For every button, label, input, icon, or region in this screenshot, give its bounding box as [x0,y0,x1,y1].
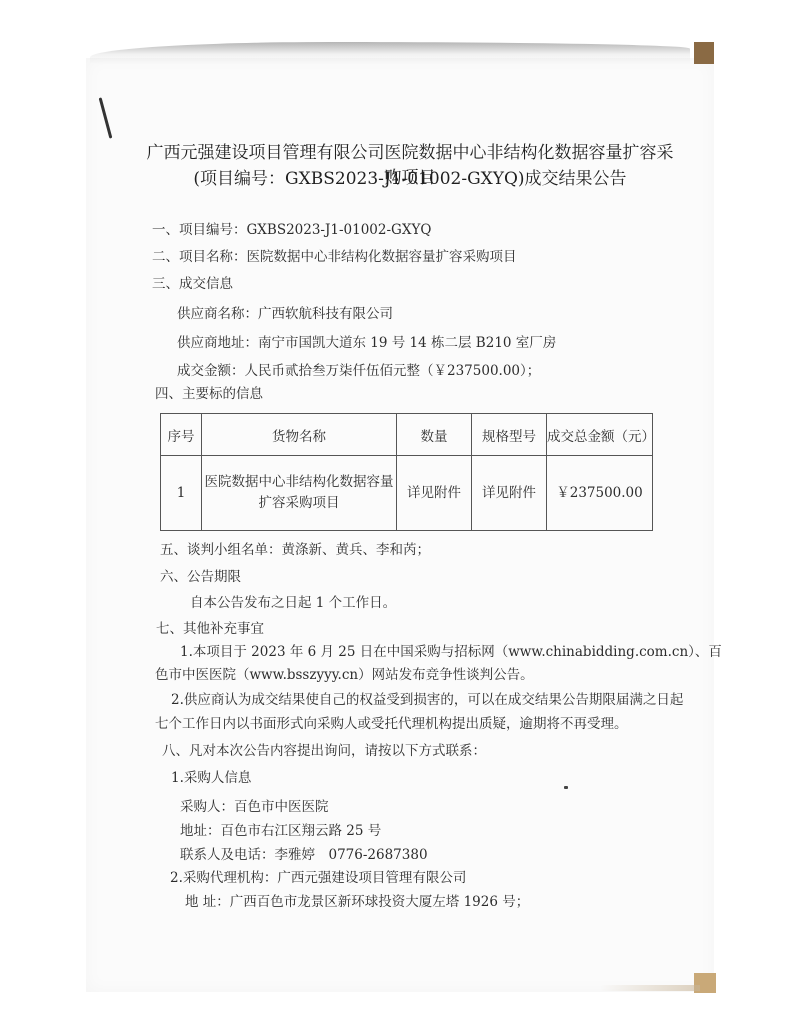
cell-name-line1: 医院数据中心非结构化数据容量 [202,472,396,493]
col-header-quantity: 数量 [397,414,472,456]
section-contact-heading: 八、凡对本次公告内容提出询问，请按以下方式联系： [162,739,486,759]
agency-name: 2.采购代理机构：广西元强建设项目管理有限公司 [170,866,466,886]
section-project-name: 二、项目名称：医院数据中心非结构化数据容量扩容采购项目 [152,245,517,265]
col-header-name: 货物名称 [202,414,397,456]
notice-period-text: 自本公告发布之日起 1 个工作日。 [190,591,396,611]
col-header-index: 序号 [161,414,202,456]
col-header-amount: 成交总金额（元） [547,414,653,456]
purchaser-name: 采购人：百色市中医医院 [180,795,329,815]
section-negotiation-panel: 五、谈判小组名单：黄涤新、黄兵、李和芮； [160,538,430,558]
purchaser-address: 地址：百色市右江区翔云路 25 号 [180,819,381,839]
col-header-spec: 规格型号 [472,414,547,456]
agency-address: 地 址：广西百色市龙景区新环球投资大厦左塔 1926 号； [185,890,529,910]
cell-spec: 详见附件 [472,456,547,531]
page-bottom-edge [600,985,700,991]
page-curl-shadow [90,42,690,64]
cell-index: 1 [161,456,202,531]
cell-quantity: 详见附件 [397,456,472,531]
purchaser-info-heading: 1.采购人信息 [171,766,251,786]
supplier-address: 供应商地址：南宁市国凯大道东 19 号 14 栋二层 B210 室厂房 [177,331,556,351]
goods-table: 序号 货物名称 数量 规格型号 成交总金额（元） 1 医院数据中心非结构化数据容… [160,413,653,531]
supplier-name: 供应商名称：广西软航科技有限公司 [177,302,393,322]
section-main-items-heading: 四、主要标的信息 [155,382,263,402]
table-row: 1 医院数据中心非结构化数据容量 扩容采购项目 详见附件 详见附件 ￥23750… [161,456,653,531]
section-project-number: 一、项目编号：GXBS2023-J1-01002-GXYQ [152,218,431,238]
deal-amount: 成交金额：人民币贰拾叁万柒仟伍佰元整（￥237500.00）； [177,359,540,379]
binder-clip-top [694,42,714,64]
cell-name-line2: 扩容采购项目 [202,493,396,514]
cell-name: 医院数据中心非结构化数据容量 扩容采购项目 [202,456,397,531]
cell-amount: ￥237500.00 [547,456,653,531]
doc-title-line2: (项目编号：GXBS2023-J1-01002-GXYQ)成交结果公告 [140,164,680,189]
ink-dot [564,786,568,789]
table-header-row: 序号 货物名称 数量 规格型号 成交总金额（元） [161,414,653,456]
section-notice-period-heading: 六、公告期限 [160,565,241,585]
section-deal-info-heading: 三、成交信息 [152,272,233,292]
other-item2-line2: 七个工作日内以书面形式向采购人或受托代理机构提出质疑，逾期将不再受理。 [155,712,628,732]
purchaser-contact: 联系人及电话：李雅婷 0776-2687380 [180,843,428,863]
section-other-matters-heading: 七、其他补充事宜 [156,617,264,637]
other-item1-line2: 色市中医医院（www.bsszyyy.cn）网站发布竞争性谈判公告。 [155,663,534,683]
other-item1-line1: 1.本项目于 2023 年 6 月 25 日在中国采购与招标网（www.chin… [180,640,722,660]
other-item2-line1: 2.供应商认为成交结果使自己的权益受到损害的，可以在成交结果公告期限届满之日起 [171,688,683,708]
